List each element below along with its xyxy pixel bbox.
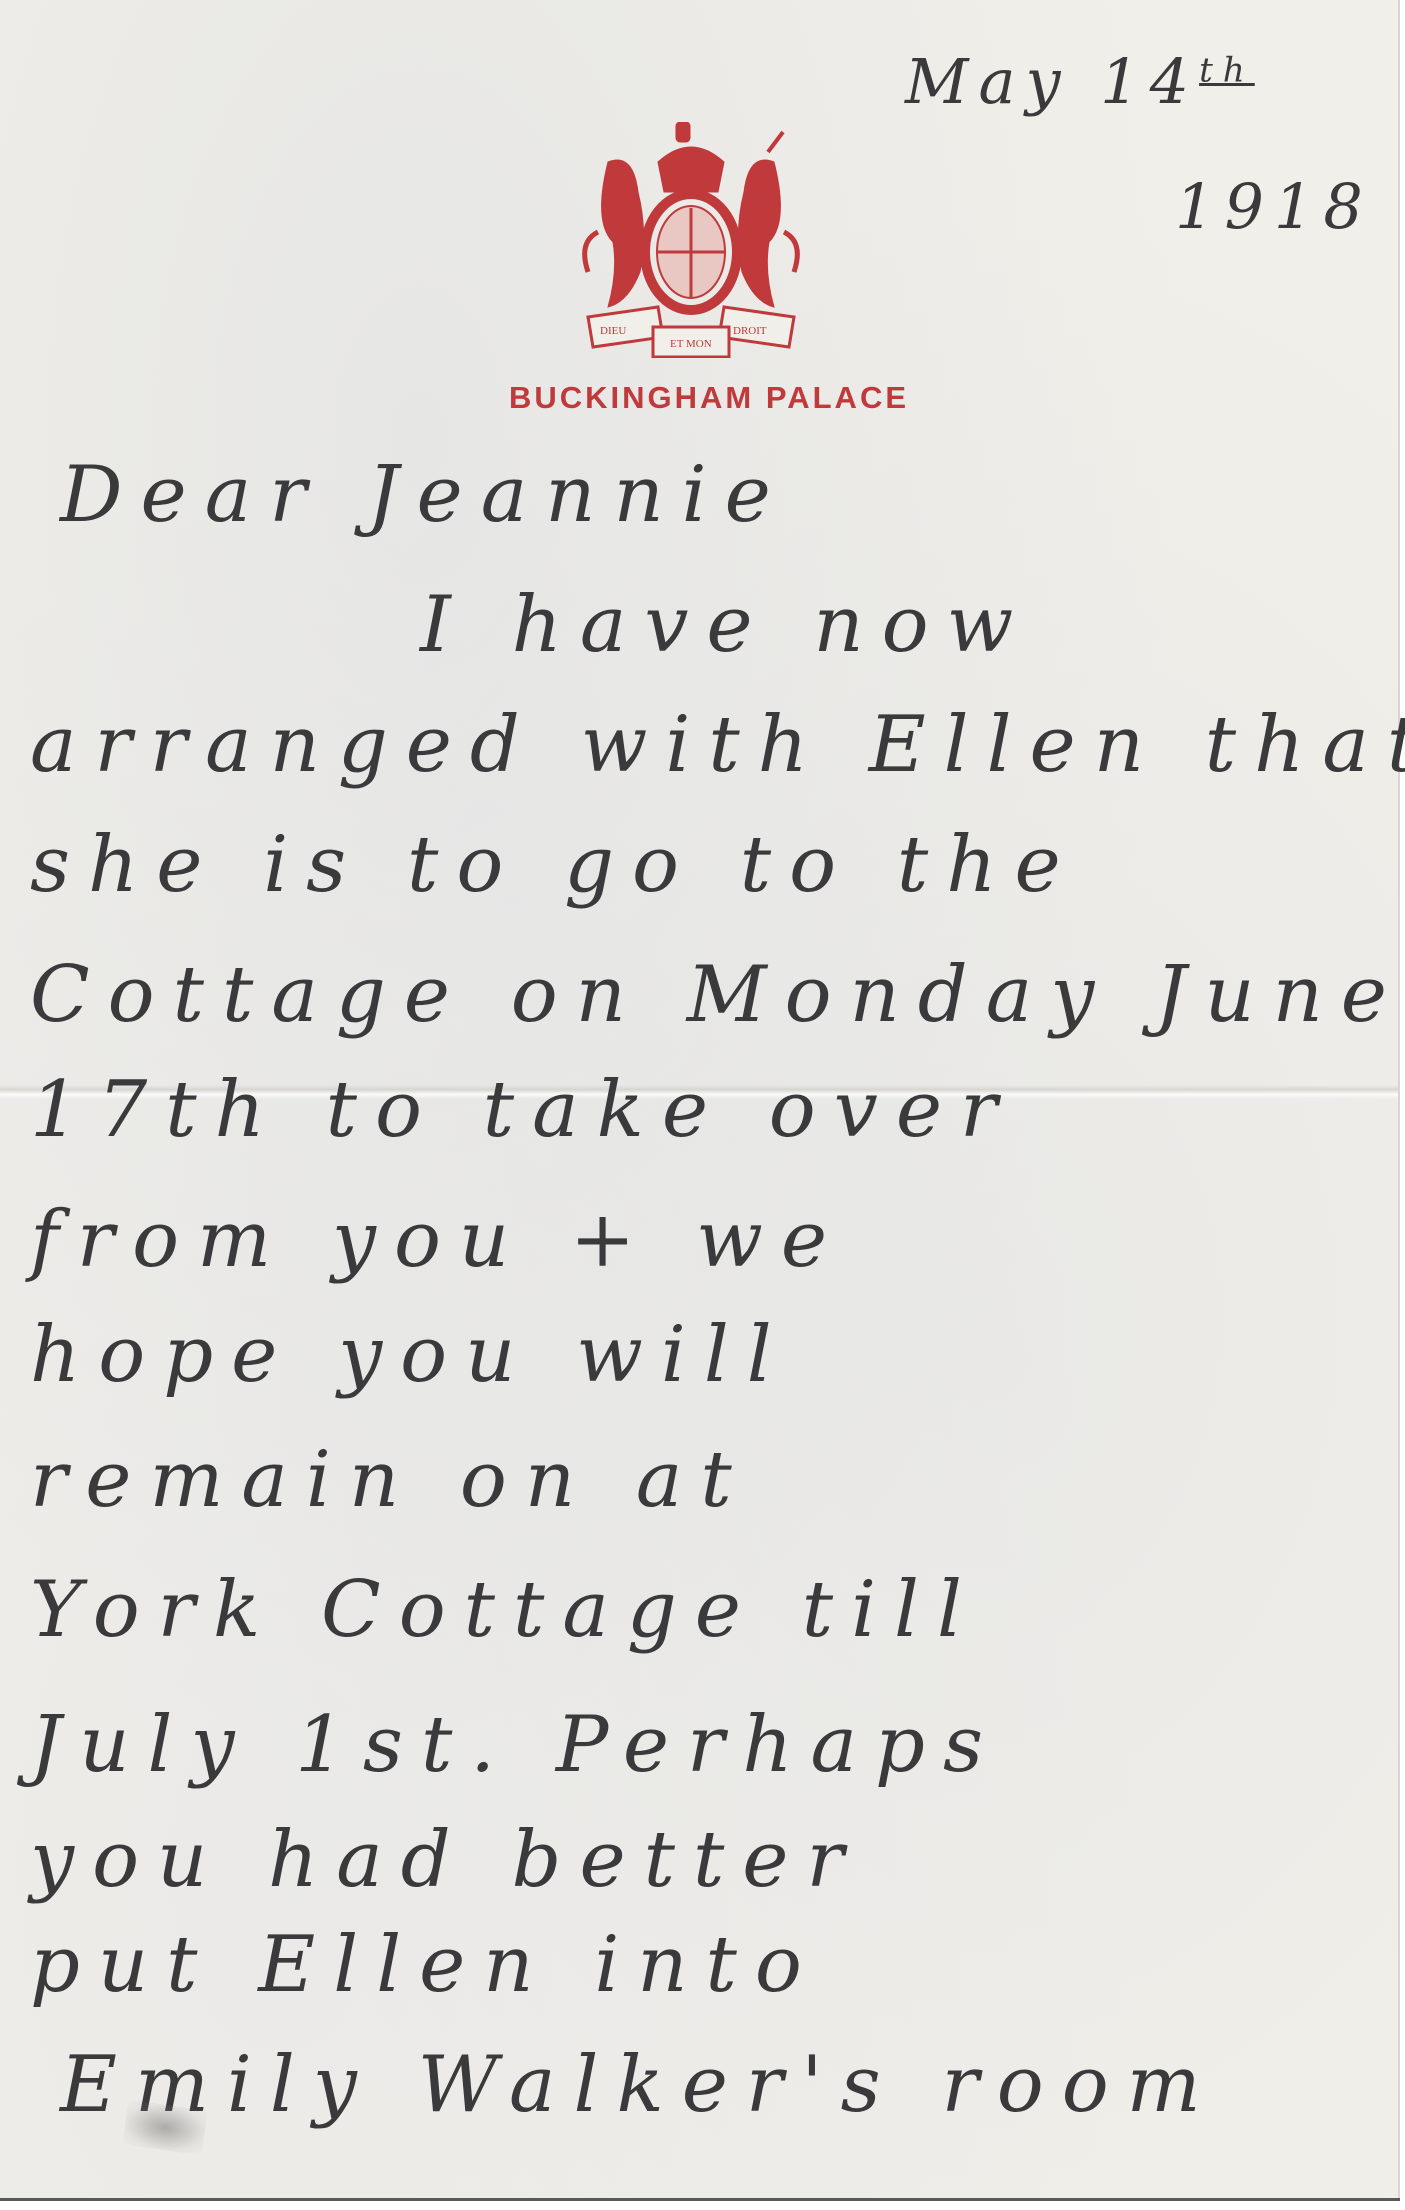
body-line-6: from you + we bbox=[30, 1195, 845, 1285]
svg-text:DROIT: DROIT bbox=[733, 325, 767, 337]
letter-sheet: DIEU DROIT ET MON BUCKINGHAM PALACE May … bbox=[0, 0, 1400, 2198]
body-line-5: 17th to take over bbox=[30, 1065, 1015, 1155]
salutation: Dear Jeannie bbox=[60, 450, 789, 540]
body-line-3: she is to go to the bbox=[30, 820, 1079, 910]
svg-text:ET MON: ET MON bbox=[670, 338, 712, 350]
letter-date-year: 1918 bbox=[1175, 170, 1373, 243]
body-line-11: you had better bbox=[30, 1815, 862, 1905]
body-line-1: I have now bbox=[420, 580, 1031, 670]
royal-coat-of-arms-icon: DIEU DROIT ET MON bbox=[578, 122, 804, 358]
date-month-day-text: May 14 bbox=[905, 45, 1199, 118]
date-ordinal: th bbox=[1199, 50, 1255, 90]
body-line-4: Cottage on Monday June bbox=[30, 950, 1405, 1040]
body-line-10: July 1st. Perhaps bbox=[30, 1700, 1001, 1790]
body-line-7: hope you will bbox=[30, 1310, 790, 1400]
body-line-8: remain on at bbox=[30, 1435, 750, 1525]
body-line-2: arranged with Ellen that bbox=[30, 700, 1405, 790]
body-line-13: Emily Walker's room bbox=[60, 2040, 1219, 2130]
letterhead-title: BUCKINGHAM PALACE bbox=[0, 380, 1405, 416]
ink-smudge bbox=[122, 2100, 207, 2156]
body-line-9: York Cottage till bbox=[30, 1565, 980, 1655]
svg-text:DIEU: DIEU bbox=[600, 325, 626, 337]
letter-date-month-day: May 14th bbox=[905, 45, 1255, 118]
body-line-12: put Ellen into bbox=[30, 1920, 820, 2010]
